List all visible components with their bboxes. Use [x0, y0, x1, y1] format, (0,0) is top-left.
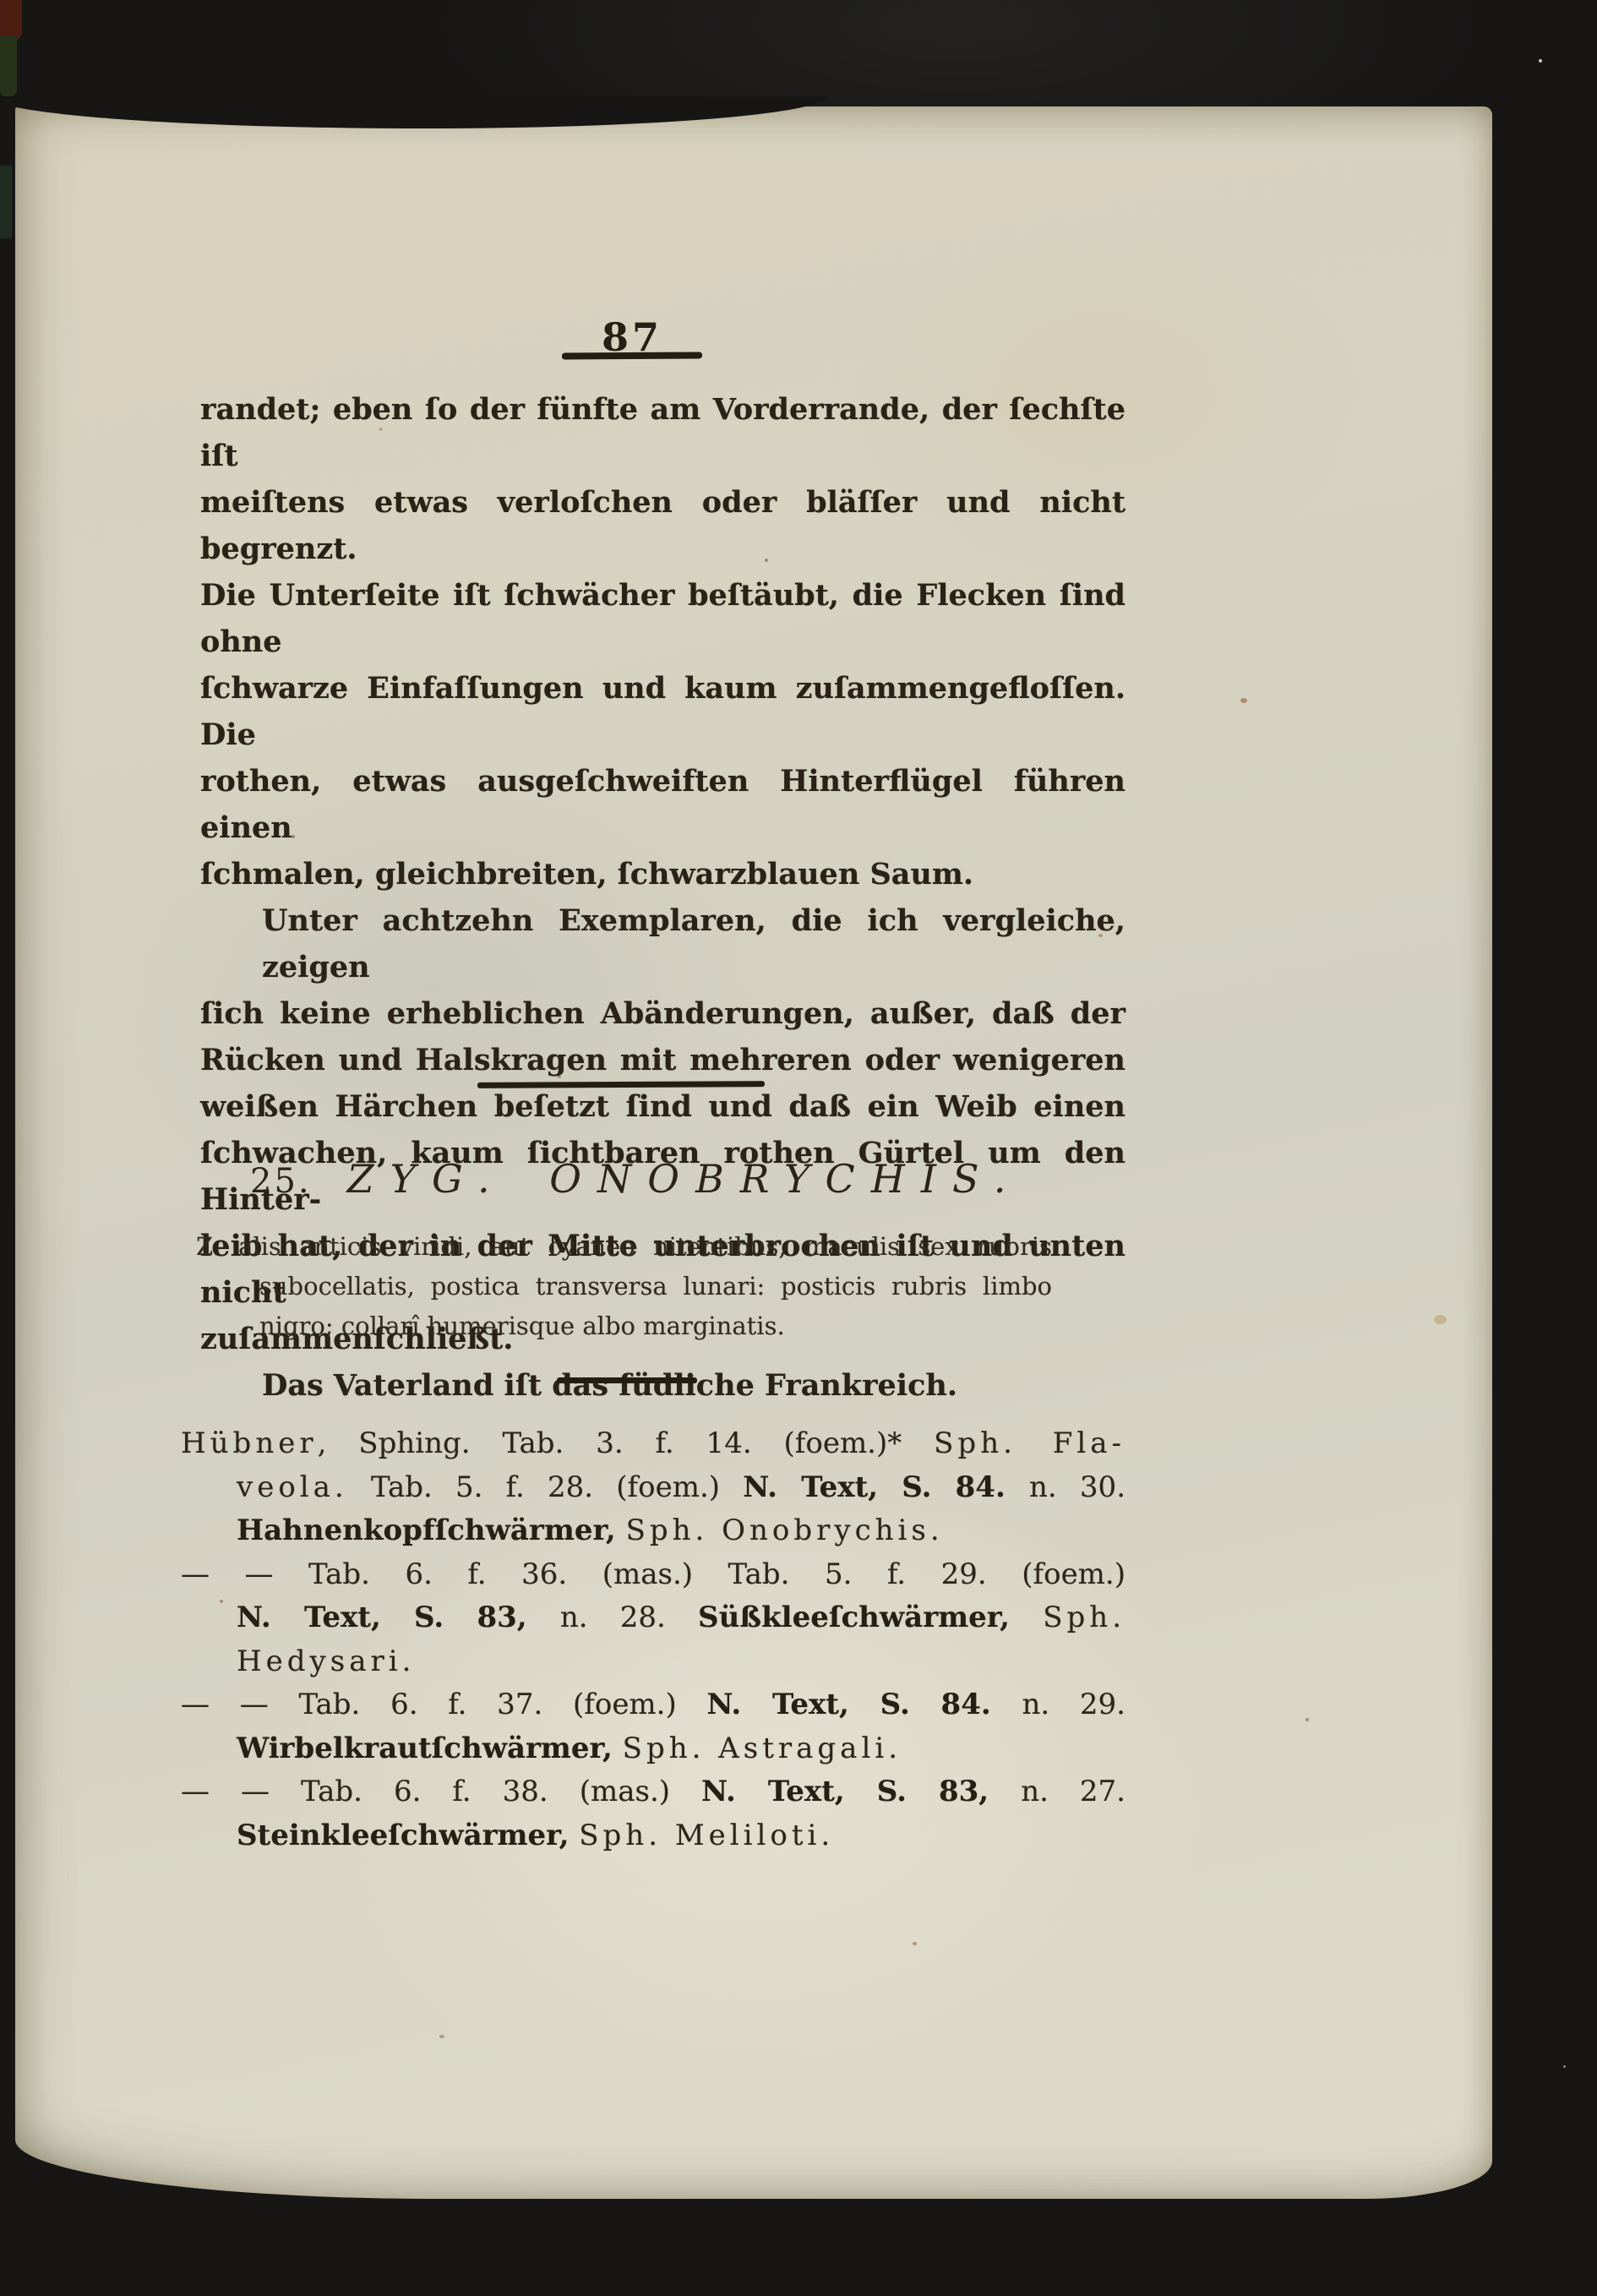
bibliography-line: Wirbelkrautſchwärmer, Sph. Astragali.	[181, 1727, 1126, 1771]
text-segment: — — Tab. 6. f. 38. (mas.)	[181, 1775, 701, 1808]
binding-edge-green	[0, 35, 17, 96]
dust-speck	[1539, 59, 1542, 63]
body-text-line: Die Unterſeite iſt ſchwächer beſtäubt, d…	[200, 572, 1126, 665]
bibliography-line: N. Text, S. 83, n. 28. Süßkleeſchwärmer,…	[181, 1596, 1126, 1640]
text-segment: n. 28.	[560, 1601, 698, 1634]
latin-text-line: subocellatis, postica transversa lunari:…	[196, 1267, 1052, 1306]
body-text-line: Unter achtzehn Exemplaren, die ich vergl…	[200, 897, 1126, 990]
text-segment: — — Tab. 6. f. 37. (foem.)	[181, 1688, 706, 1721]
binding-edge-teal	[0, 166, 12, 238]
body-text-line: Das Vaterland iſt das ſüdliche Frankreic…	[200, 1362, 1126, 1409]
text-segment: Hübner	[181, 1426, 318, 1460]
text-segment: n. 29.	[1022, 1688, 1126, 1721]
text-segment: N. Text, S. 83,	[237, 1601, 560, 1634]
foxing-spot	[1240, 698, 1247, 703]
bibliography-line: veola. Tab. 5. f. 28. (foem.) N. Text, S…	[181, 1466, 1126, 1510]
text-segment: Sph. Meliloti.	[579, 1819, 834, 1852]
text-segment: Steinkleeſchwärmer,	[237, 1819, 579, 1852]
text-segment: Wirbelkrautſchwärmer,	[237, 1732, 623, 1765]
bibliography-line: Hahnenkopfſchwärmer, Sph. Onobrychis.	[181, 1509, 1126, 1553]
text-segment: Sph.	[1043, 1601, 1126, 1634]
body-text-line: meiſtens etwas verloſchen oder bläſſer u…	[200, 479, 1126, 572]
text-segment: veola.	[237, 1470, 348, 1504]
foxing-spot	[913, 1942, 917, 1945]
text-segment: n. 30.	[1029, 1470, 1126, 1504]
body-text-line: randet; eben ſo der fünfte am Vorderrand…	[200, 386, 1126, 479]
body-text-line: ſich keine erheblichen Abänderungen, auß…	[200, 990, 1126, 1037]
bibliography-line: Hedysari.	[181, 1640, 1126, 1684]
body-text-line: rothen, etwas ausgeſchweiften Hinterflüg…	[200, 758, 1126, 851]
text-segment: N. Text, S. 84.	[706, 1688, 1022, 1721]
bibliography-line: Steinkleeſchwärmer, Sph. Meliloti.	[181, 1814, 1126, 1858]
dust-speck	[1563, 2065, 1566, 2068]
foxing-spot	[439, 2035, 444, 2038]
text-segment: N. Text, S. 84.	[743, 1470, 1029, 1504]
bibliography-line: — — Tab. 6. f. 36. (mas.) Tab. 5. f. 29.…	[181, 1553, 1126, 1597]
bibliography-divider-rule	[557, 1377, 697, 1383]
latin-diagnosis: Z. alis anticis viridi, aut cyaneo niten…	[196, 1227, 1052, 1346]
species-heading: 25. ZYG. ONOBRYCHIS.	[250, 1156, 1247, 1202]
text-segment: n. 27.	[1021, 1775, 1126, 1808]
scan-background: 87 randet; eben ſo der fünfte am Vorderr…	[0, 0, 1597, 2296]
book-page: 87 randet; eben ſo der fünfte am Vorderr…	[15, 106, 1492, 2199]
bibliography-line: Hübner, Sphing. Tab. 3. f. 14. (foem.)* …	[181, 1422, 1126, 1466]
binding-edge-red	[0, 0, 22, 41]
text-segment: Sph. Fla-	[934, 1426, 1126, 1460]
text-segment: N. Text, S. 83,	[701, 1775, 1021, 1808]
foxing-spot	[1305, 1718, 1309, 1721]
text-segment: Tab. 5. f. 28. (foem.)	[348, 1470, 743, 1504]
bibliography-line: — — Tab. 6. f. 38. (mas.) N. Text, S. 83…	[181, 1770, 1126, 1814]
text-segment: Hahnenkopfſchwärmer,	[237, 1513, 626, 1547]
body-text-line: Rücken und Halskragen mit mehreren oder …	[200, 1037, 1126, 1083]
bibliography-line: — — Tab. 6. f. 37. (foem.) N. Text, S. 8…	[181, 1683, 1126, 1727]
species-title: ZYG. ONOBRYCHIS.	[347, 1156, 1022, 1202]
page-number-rule	[562, 352, 702, 359]
text-segment: , Sphing. Tab. 3. f. 14. (foem.)*	[318, 1426, 935, 1460]
text-segment: Sph. Astragali.	[623, 1732, 902, 1765]
text-segment: Süßkleeſchwärmer,	[698, 1601, 1043, 1634]
latin-text-line: Z. alis anticis viridi, aut cyaneo niten…	[196, 1227, 1052, 1267]
body-text-line: weißen Härchen beſetzt ſind und daß ein …	[200, 1083, 1126, 1130]
body-text-line: ſchwarze Einfaſſungen und kaum zuſammeng…	[200, 665, 1126, 758]
latin-text-line: nigro; collarî humerisque albo marginati…	[196, 1306, 1052, 1346]
text-segment: Sph. Onobrychis.	[626, 1513, 944, 1547]
bibliography: Hübner, Sphing. Tab. 3. f. 14. (foem.)* …	[181, 1422, 1126, 1857]
body-text-line: ſchmalen, gleichbreiten, ſchwarzblauen S…	[200, 851, 1126, 897]
text-segment: — — Tab. 6. f. 36. (mas.) Tab. 5. f. 29.…	[181, 1557, 1126, 1591]
species-number: 25.	[250, 1162, 312, 1201]
text-segment: Hedysari.	[237, 1644, 415, 1678]
page-edge-shadow	[0, 96, 826, 128]
foxing-spot	[1434, 1315, 1447, 1324]
